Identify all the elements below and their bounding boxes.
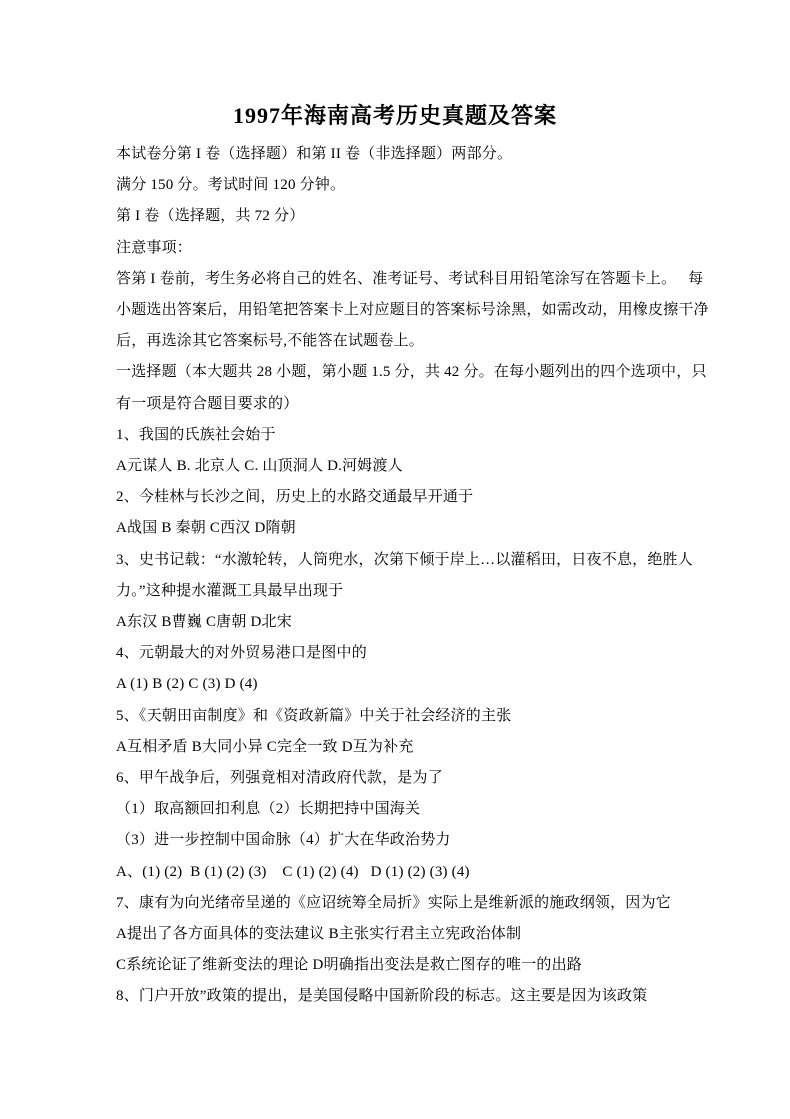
text-line: （1）取高额回扣利息（2）长期把持中国海关 xyxy=(116,794,716,825)
text-line: 答第 I 卷前，考生务必将自己的姓名、准考证号、考试科目用铅笔涂写在答题卡上。 … xyxy=(116,264,716,295)
text-line: A互相矛盾 B大同小异 C完全一致 D互为补充 xyxy=(116,732,716,763)
text-line: （3）进一步控制中国命脉（4）扩大在华政治势力 xyxy=(116,825,716,856)
document-page: 1997年海南高考历史真题及答案 本试卷分第 I 卷（选择题）和第 II 卷（非… xyxy=(0,0,790,1119)
text-line: A战国 B 秦朝 C西汉 D隋朝 xyxy=(116,513,716,544)
text-line: 3、史书记载：“水激轮转，人筒兜水，次第下倾于岸上…以灌稻田，日夜不息，绝胜人 xyxy=(116,545,716,576)
text-line: 后，再选涂其它答案标号,不能答在试题卷上。 xyxy=(116,326,716,357)
text-line: A (1) B (2) C (3) D (4) xyxy=(116,669,716,700)
text-line: 8、门户开放”政策的提出，是美国侵略中国新阶段的标志。这主要是因为该政策 xyxy=(116,981,716,1012)
text-line: 小题选出答案后，用铅笔把答案卡上对应题目的答案标号涂黑，如需改动，用橡皮擦干净 xyxy=(116,295,716,326)
text-line: 注意事项： xyxy=(116,233,716,264)
text-line: 1、我国的氏族社会始于 xyxy=(116,420,716,451)
text-line: C系统论证了维新变法的理论 D明确指出变法是救亡图存的唯一的出路 xyxy=(116,950,716,981)
text-line: 满分 150 分。考试时间 120 分钟。 xyxy=(116,170,716,201)
text-line: 6、甲午战争后，列强竟相对清政府代款，是为了 xyxy=(116,763,716,794)
text-line: 有一项是符合题目要求的） xyxy=(116,389,716,420)
text-line: 4、元朝最大的对外贸易港口是图中的 xyxy=(116,638,716,669)
text-line: A提出了各方面具体的变法建议 B主张实行君主立宪政治体制 xyxy=(116,919,716,950)
text-line: A元谋人 B. 北京人 C. 山顶洞人 D.河姆渡人 xyxy=(116,451,716,482)
text-line: 本试卷分第 I 卷（选择题）和第 II 卷（非选择题）两部分。 xyxy=(116,139,716,170)
text-line: 7、康有为向光绪帝呈递的《应诏统筹全局折》实际上是维新派的施政纲领，因为它 xyxy=(116,888,716,919)
text-line: A、(1) (2) B (1) (2) (3) C (1) (2) (4) D … xyxy=(116,857,716,888)
text-line: A东汉 B曹巍 C唐朝 D北宋 xyxy=(116,607,716,638)
text-line: 2、今桂林与长沙之间，历史上的水路交通最早开通于 xyxy=(116,482,716,513)
document-body: 本试卷分第 I 卷（选择题）和第 II 卷（非选择题）两部分。满分 150 分。… xyxy=(116,139,716,1013)
text-line: 第 I 卷（选择题，共 72 分） xyxy=(116,201,716,232)
document-title: 1997年海南高考历史真题及答案 xyxy=(0,0,790,129)
text-line: 5、《天朝田亩制度》和《资政新篇》中关于社会经济的主张 xyxy=(116,701,716,732)
text-line: 一选择题（本大题共 28 小题，第小题 1.5 分，共 42 分。在每小题列出的… xyxy=(116,357,716,388)
text-line: 力。”这种提水灌溉工具最早出现于 xyxy=(116,576,716,607)
